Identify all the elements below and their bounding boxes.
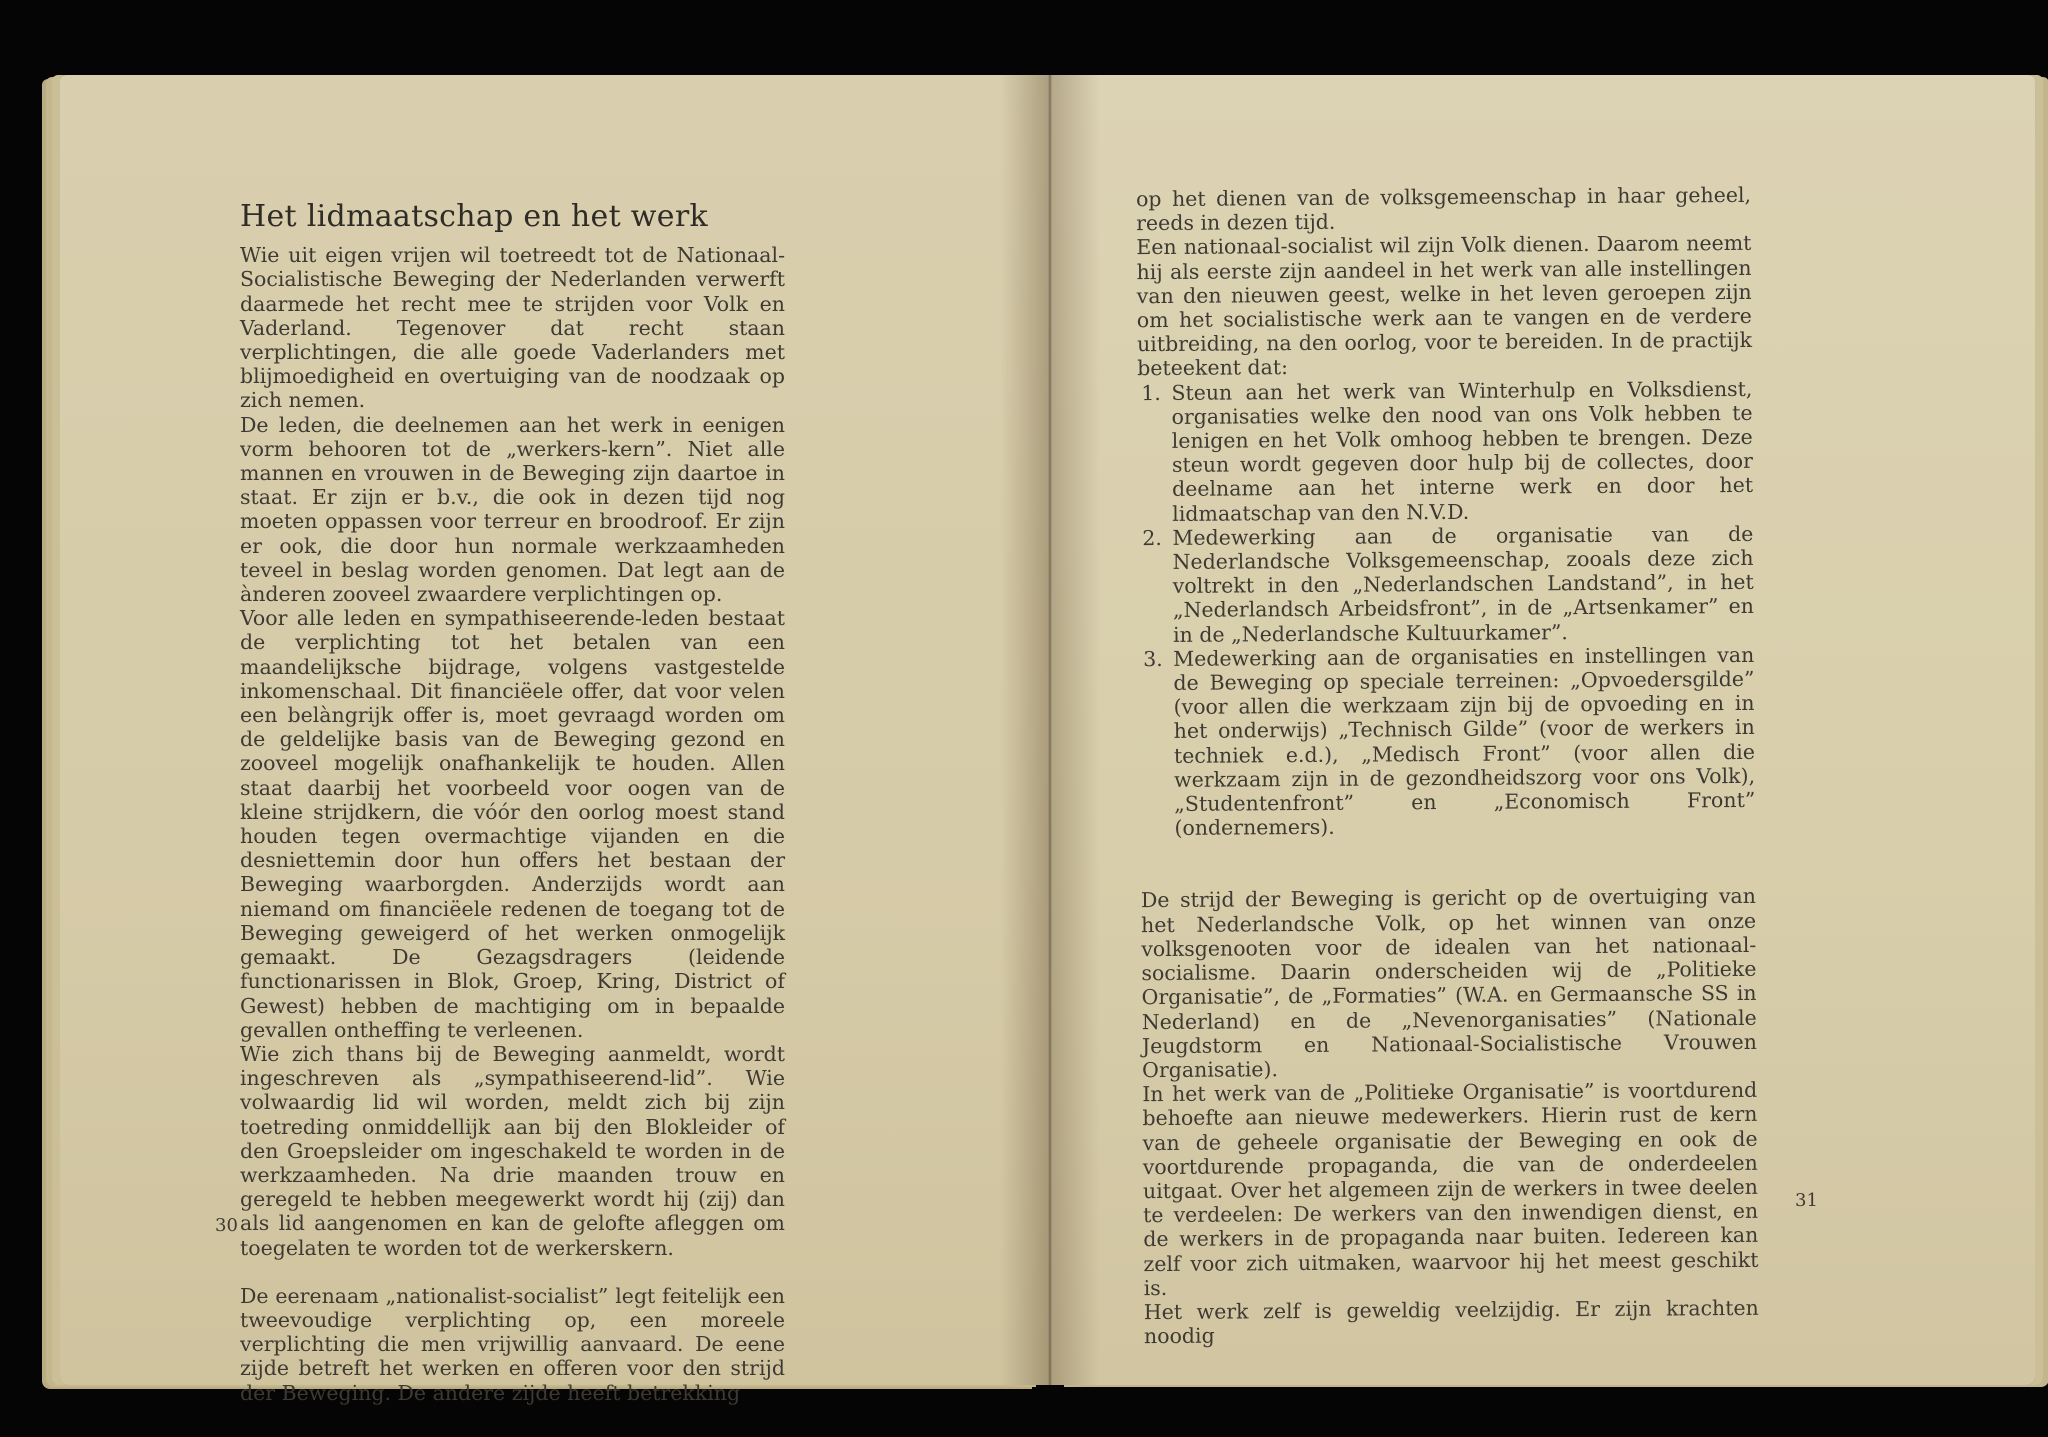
paragraph: Wie zich thans bij de Beweging aanmeldt,… — [240, 1042, 785, 1260]
paragraph: op het dienen van de volksgemeenschap in… — [1136, 183, 1751, 236]
left-page: Het lidmaatschap en het werk Wie uit eig… — [60, 75, 1050, 1385]
paragraph: Wie uit eigen vrijen wil toetreedt tot d… — [240, 243, 785, 412]
paragraph: Het werk zelf is geweldig veelzijdig. Er… — [1144, 1296, 1759, 1349]
paragraph: In het werk van de „Politieke Organisati… — [1142, 1078, 1759, 1300]
page-heading: Het lidmaatschap en het werk — [240, 205, 785, 229]
left-page-content: Het lidmaatschap en het werk Wie uit eig… — [240, 205, 785, 1405]
list-item: Medewerking aan de organisaties en inste… — [1169, 643, 1755, 841]
right-page-content: op het dienen van de volksgemeenschap in… — [1136, 183, 1759, 1349]
open-booklet: Het lidmaatschap en het werk Wie uit eig… — [40, 55, 2010, 1400]
paragraph: De strijd der Beweging is gericht op de … — [1141, 884, 1757, 1082]
paragraph: De leden, die deelnemen aan het werk in … — [240, 413, 785, 607]
paragraph: Voor alle leden en sympathiseerende-lede… — [240, 606, 785, 1042]
list-item: Medewerking aan de organisatie van de Ne… — [1168, 522, 1754, 647]
page-number: 31 — [1795, 1190, 1818, 1211]
list-item: Steun aan het werk van Winterhulp en Vol… — [1167, 376, 1753, 525]
paragraph: De eerenaam „nationalist-socialist” legt… — [240, 1284, 785, 1405]
numbered-list: Steun aan het werk van Winterhulp en Vol… — [1137, 376, 1755, 840]
right-page: op het dienen van de volksgemeenschap in… — [1050, 75, 2035, 1385]
paragraph-gap — [240, 1260, 785, 1284]
page-number: 30 — [215, 1215, 238, 1236]
paragraph: Een nationaal-socialist wil zijn Volk di… — [1136, 231, 1752, 381]
